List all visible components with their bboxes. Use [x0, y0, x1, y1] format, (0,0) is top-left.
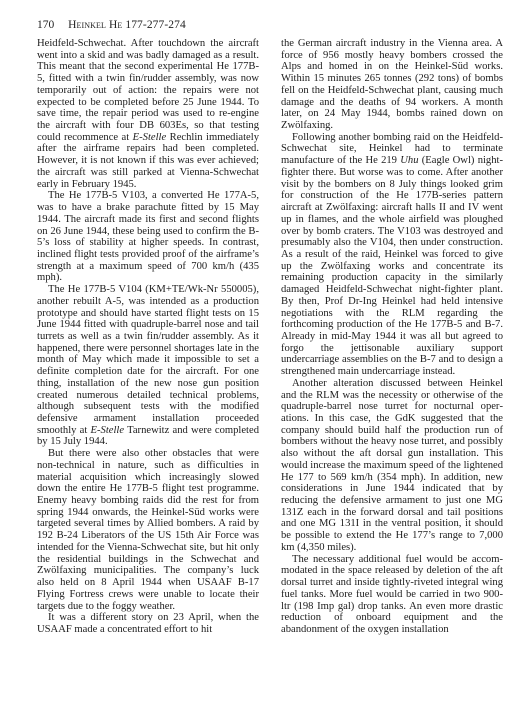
- text-segment: the German aircraft industry in the Vien…: [281, 38, 503, 131]
- paragraph: It was a different story on 23 April, wh…: [37, 612, 259, 635]
- italic-term: E-Stelle: [133, 132, 167, 143]
- left-column: Heidfeld-Schwechat. After touchdown the …: [37, 38, 259, 636]
- text-segment: The necessary additional fuel would be a…: [281, 554, 503, 635]
- paragraph: the German aircraft industry in the Vien…: [281, 38, 503, 132]
- running-title: Heinkel He 177-277-274: [68, 19, 186, 31]
- text-segment: The He 177B-5 V104 (KM+TE/Wk-Nr 550005),…: [37, 284, 259, 436]
- text-segment: Heidfeld-Schwechat. After touchdown the …: [37, 38, 259, 143]
- italic-term: E-Stelle: [91, 425, 125, 436]
- paragraph: But there were also other obstacles that…: [37, 448, 259, 612]
- paragraph: The He 177B-5 V104 (KM+TE/Wk-Nr 550005),…: [37, 284, 259, 448]
- running-header: 170 Heinkel He 177-277-274: [37, 19, 186, 31]
- italic-term: Uhu: [400, 155, 418, 166]
- text-segment: The He 177B-5 V103, a converted He 177A-…: [37, 190, 259, 283]
- right-column: the German aircraft industry in the Vien…: [281, 38, 503, 636]
- text-segment: But there were also other obstacles that…: [37, 448, 259, 611]
- paragraph: Heidfeld-Schwechat. After touchdown the …: [37, 38, 259, 190]
- text-segment: (Eagle Owl) night-fighter there. But wor…: [281, 155, 503, 377]
- page-number: 170: [37, 19, 54, 31]
- paragraph: The necessary additional fuel would be a…: [281, 554, 503, 636]
- text-segment: Another alteration discussed between Hei…: [281, 378, 503, 553]
- paragraph: Another alteration discussed between Hei…: [281, 378, 503, 554]
- paragraph: The He 177B-5 V103, a converted He 177A-…: [37, 190, 259, 284]
- paragraph: Following another bombing raid on the He…: [281, 132, 503, 378]
- text-segment: It was a different story on 23 April, wh…: [37, 612, 259, 635]
